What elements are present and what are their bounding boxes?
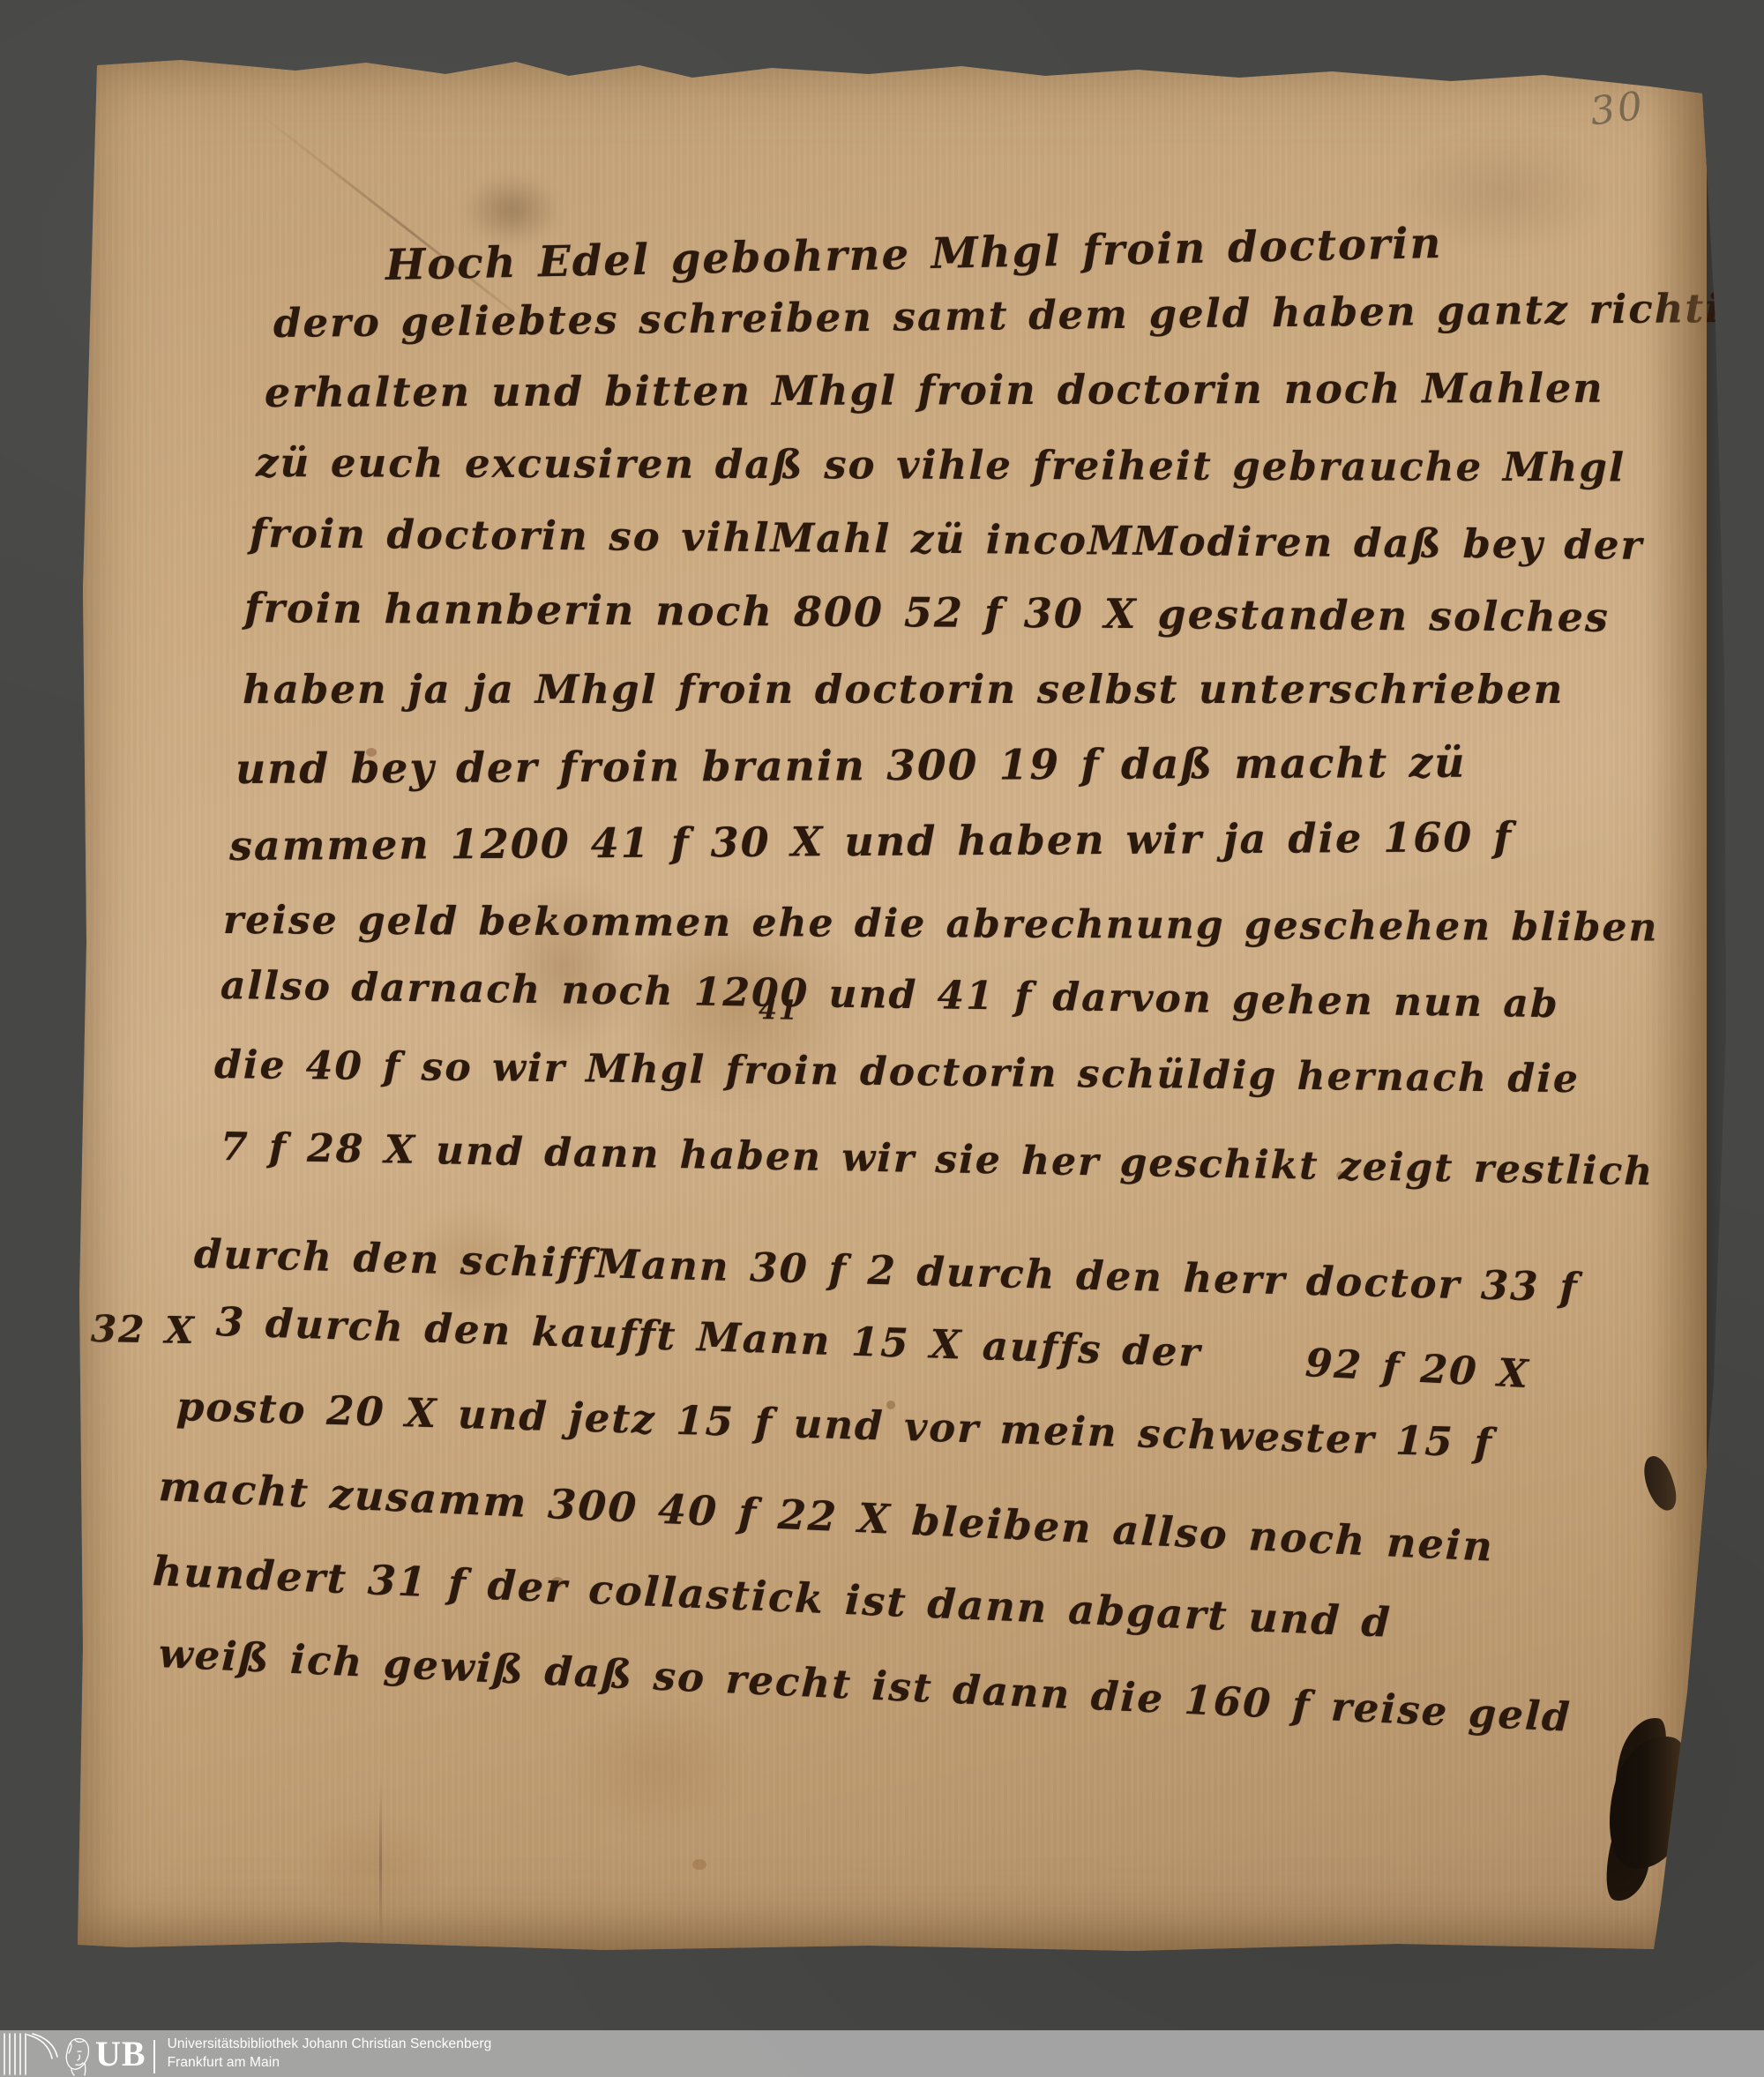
institution-text: Universitätsbibliothek Johann Christian … — [168, 2036, 492, 2071]
manuscript-line-5: froin hannberin noch 800 52 f 30 X gesta… — [244, 584, 1610, 641]
manuscript-line-4: froin doctorin so vihlMahl zü incoMModir… — [250, 510, 1644, 569]
ub-logo: UB — [0, 2030, 168, 2077]
manuscript-line-13: durch den schiffMann 30 f 2 durch den he… — [193, 1230, 1579, 1311]
ink-blot — [1639, 1453, 1681, 1514]
manuscript-heading: Hoch Edel gebohrne Mhgl froin doctorin — [385, 219, 1443, 290]
manuscript-line-15: posto 20 X und jetz 15 f und vor mein sc… — [176, 1383, 1493, 1467]
logo-divider — [153, 2040, 155, 2073]
manuscript-line-12: 7 f 28 X und dann haben wir sie her gesc… — [220, 1124, 1655, 1194]
manuscript-line-16: macht zusamm 300 40 f 22 X bleiben allso… — [158, 1462, 1495, 1571]
manuscript-line-3: zü euch excusiren daß so vihle freiheit … — [256, 439, 1626, 490]
foxing-spot — [692, 1859, 706, 1870]
institution-location: Frankfurt am Main — [168, 2054, 492, 2072]
manuscript-line-8: sammen 1200 41 f 30 X und haben wir ja d… — [229, 813, 1513, 870]
ub-logo-text: UB — [95, 2036, 146, 2072]
scan-background: 30 Hoch Edel gebohrne Mhgl froin doctori… — [0, 0, 1764, 2077]
paper-edge-shading — [1645, 86, 1707, 1947]
folio-number: 30 — [1588, 83, 1648, 134]
manuscript-line-10: allso darnach noch 1200 und 41 f darvon … — [220, 963, 1559, 1027]
manuscript-line-6: haben ja ja Mhgl froin doctorin selbst u… — [243, 666, 1564, 713]
ub-logo-icon — [2, 2032, 93, 2076]
manuscript-page: 30 Hoch Edel gebohrne Mhgl froin doctori… — [75, 60, 1707, 1952]
manuscript-line-7: und bey der froin branin 300 19 f daß ma… — [235, 739, 1467, 794]
paper-stain — [304, 1815, 445, 1912]
library-watermark-bar: UB Universitätsbibliothek Johann Christi… — [0, 2030, 1764, 2077]
manuscript-line-17: hundert 31 f der collastick ist dann abg… — [152, 1547, 1393, 1647]
institution-name: Universitätsbibliothek Johann Christian … — [168, 2036, 492, 2053]
manuscript-line-1: dero geliebtes schreiben samt dem geld h… — [273, 284, 1752, 347]
paper-stain — [569, 1700, 745, 1833]
manuscript-line-11: die 40 f so wir Mhgl froin doctorin schü… — [214, 1042, 1580, 1102]
inserted-amount: 92 f 20 X — [1304, 1341, 1531, 1397]
margin-note: 32 X — [91, 1307, 196, 1352]
manuscript-line-18: weiß ich gewiß daß so recht ist dann die… — [158, 1630, 1573, 1741]
paper-stain — [463, 175, 560, 245]
paper-crease — [379, 1780, 382, 1947]
ink-blot — [1596, 1727, 1705, 1879]
interline-insertion: 41 — [759, 995, 799, 1027]
manuscript-line-2: erhalten und bitten Mhgl froin doctorin … — [265, 364, 1604, 416]
manuscript-line-14: 3 durch den kaufft Mann 15 X auffs der — [215, 1298, 1202, 1376]
manuscript-line-9: reise geld bekommen ehe die abrechnung g… — [223, 898, 1659, 951]
